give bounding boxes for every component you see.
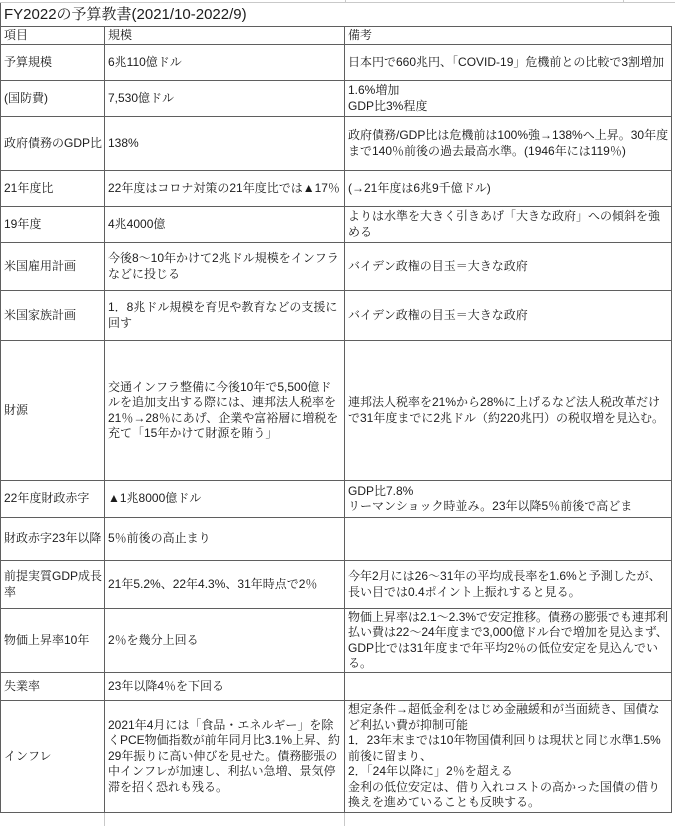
gridline-stub <box>344 813 345 826</box>
gridline-stub <box>345 0 346 2</box>
gridline-remnant-top <box>0 0 675 3</box>
cell-note[interactable]: バイデン政権の目玉＝大きな政府 <box>345 243 672 291</box>
cell-scale[interactable]: 4兆4000億 <box>105 207 345 243</box>
cell-scale[interactable]: 2％を幾分上回る <box>105 609 345 673</box>
cell-scale[interactable]: 138% <box>105 117 345 171</box>
col-header-note[interactable]: 備考 <box>345 27 672 45</box>
page-title: FY2022の予算教書(2021/10-2022/9) <box>4 6 247 24</box>
cell-note[interactable]: (→21年度は6兆9千億ドル) <box>345 171 672 207</box>
budget-table: 項目 規模 備考 予算規模 6兆110億ドル 日本円で660兆円、「COVID-… <box>0 26 672 813</box>
cell-note[interactable]: 政府債務/GDP比は危機前は100%強→138%へ上昇。30年度まで140％前後… <box>345 117 672 171</box>
cell-scale[interactable]: 23年以降4％を下回る <box>105 673 345 701</box>
sheet-title-cell[interactable]: FY2022の予算教書(2021/10-2022/9) <box>0 3 675 26</box>
cell-scale[interactable]: ▲1兆8000億ドル <box>105 481 345 518</box>
cell-item[interactable]: 前提実質GDP成長率 <box>1 561 105 609</box>
cell-item[interactable]: インフレ <box>1 701 105 813</box>
table-row: インフレ 2021年4月には「食品・エネルギー」を除くPCE物価指数が前年同月比… <box>1 701 672 813</box>
cell-scale[interactable]: 21年5.2%、22年4.3%、31年時点で2％ <box>105 561 345 609</box>
cell-item[interactable]: 19年度 <box>1 207 105 243</box>
cell-scale[interactable]: 今後8～10年かけて2兆ドル規模をインフラなどに投じる <box>105 243 345 291</box>
gridline-stub <box>623 0 624 2</box>
cell-item[interactable]: 予算規模 <box>1 45 105 81</box>
cell-item[interactable]: 物価上昇率10年 <box>1 609 105 673</box>
cell-item[interactable]: 政府債務のGDP比 <box>1 117 105 171</box>
col-header-item[interactable]: 項目 <box>1 27 105 45</box>
cell-scale[interactable]: 交通インフラ整備に今後10年で5,500億ドルを追加支出する際には、連邦法人税率… <box>105 341 345 481</box>
cell-note[interactable]: よりは水準を大きく引きあげ「大きな政府」への傾斜を強める <box>345 207 672 243</box>
cell-item[interactable]: 財政赤字23年以降 <box>1 518 105 561</box>
cell-scale[interactable]: 7,530億ドル <box>105 81 345 117</box>
cell-item[interactable]: 財源 <box>1 341 105 481</box>
gridline-stub <box>104 813 105 826</box>
cell-note[interactable]: 日本円で660兆円、「COVID-19」危機前との比較で3割増加 <box>345 45 672 81</box>
cell-scale[interactable]: 6兆110億ドル <box>105 45 345 81</box>
cell-scale[interactable]: 5％前後の高止まり <box>105 518 345 561</box>
cell-note[interactable] <box>345 673 672 701</box>
cell-item[interactable]: 米国雇用計画 <box>1 243 105 291</box>
cell-note[interactable]: GDP比7.8% リーマンショック時並み。23年以降5％前後で高どま <box>345 481 672 518</box>
table-row: 米国家族計画 1．8兆ドル規模を育児や教育などの支援に回す バイデン政権の目玉＝… <box>1 291 672 341</box>
spreadsheet-view: FY2022の予算教書(2021/10-2022/9) 項目 規模 備考 予算規… <box>0 0 675 826</box>
table-row: 財源 交通インフラ整備に今後10年で5,500億ドルを追加支出する際には、連邦法… <box>1 341 672 481</box>
cell-item[interactable]: (国防費) <box>1 81 105 117</box>
cell-item[interactable]: 22年度財政赤字 <box>1 481 105 518</box>
table-row: 米国雇用計画 今後8～10年かけて2兆ドル規模をインフラなどに投じる バイデン政… <box>1 243 672 291</box>
table-row: 22年度財政赤字 ▲1兆8000億ドル GDP比7.8% リーマンショック時並み… <box>1 481 672 518</box>
table-row: 政府債務のGDP比 138% 政府債務/GDP比は危機前は100%強→138%へ… <box>1 117 672 171</box>
cell-scale[interactable]: 22年度はコロナ対策の21年度比では▲17％ <box>105 171 345 207</box>
table-row: 21年度比 22年度はコロナ対策の21年度比では▲17％ (→21年度は6兆9千… <box>1 171 672 207</box>
cell-item[interactable]: 米国家族計画 <box>1 291 105 341</box>
cell-note[interactable]: バイデン政権の目玉＝大きな政府 <box>345 291 672 341</box>
header-row: 項目 規模 備考 <box>1 27 672 45</box>
table-row: 失業率 23年以降4％を下回る <box>1 673 672 701</box>
table-row: 予算規模 6兆110億ドル 日本円で660兆円、「COVID-19」危機前との比… <box>1 45 672 81</box>
cell-note[interactable] <box>345 518 672 561</box>
table-row: (国防費) 7,530億ドル 1.6%増加 GDP比3%程度 <box>1 81 672 117</box>
cell-item[interactable]: 失業率 <box>1 673 105 701</box>
cell-scale[interactable]: 1．8兆ドル規模を育児や教育などの支援に回す <box>105 291 345 341</box>
table-row: 前提実質GDP成長率 21年5.2%、22年4.3%、31年時点で2％ 今年2月… <box>1 561 672 609</box>
cell-note[interactable]: 今年2月には26～31年の平均成長率を1.6%と予測したが、長い目では0.4ポイ… <box>345 561 672 609</box>
cell-note[interactable]: 物価上昇率は2.1～2.3%で安定推移。債務の膨張でも連邦利払い費は22～24年… <box>345 609 672 673</box>
table-row: 物価上昇率10年 2％を幾分上回る 物価上昇率は2.1～2.3%で安定推移。債務… <box>1 609 672 673</box>
cell-scale[interactable]: 2021年4月には「食品・エネルギー」を除くPCE物価指数が前年同月比3.1%上… <box>105 701 345 813</box>
table-row: 財政赤字23年以降 5％前後の高止まり <box>1 518 672 561</box>
cell-item[interactable]: 21年度比 <box>1 171 105 207</box>
col-header-scale[interactable]: 規模 <box>105 27 345 45</box>
table-row: 19年度 4兆4000億 よりは水準を大きく引きあげ「大きな政府」への傾斜を強め… <box>1 207 672 243</box>
cell-note[interactable]: 想定条件→超低金利をはじめ金融緩和が当面続き、国債など利払い費が抑制可能 1．2… <box>345 701 672 813</box>
gridline-remnant-bottom <box>0 813 675 826</box>
cell-note[interactable]: 1.6%増加 GDP比3%程度 <box>345 81 672 117</box>
cell-note[interactable]: 連邦法人税率を21%から28%に上げるなど法人税改革だけで31年度までに2兆ドル… <box>345 341 672 481</box>
